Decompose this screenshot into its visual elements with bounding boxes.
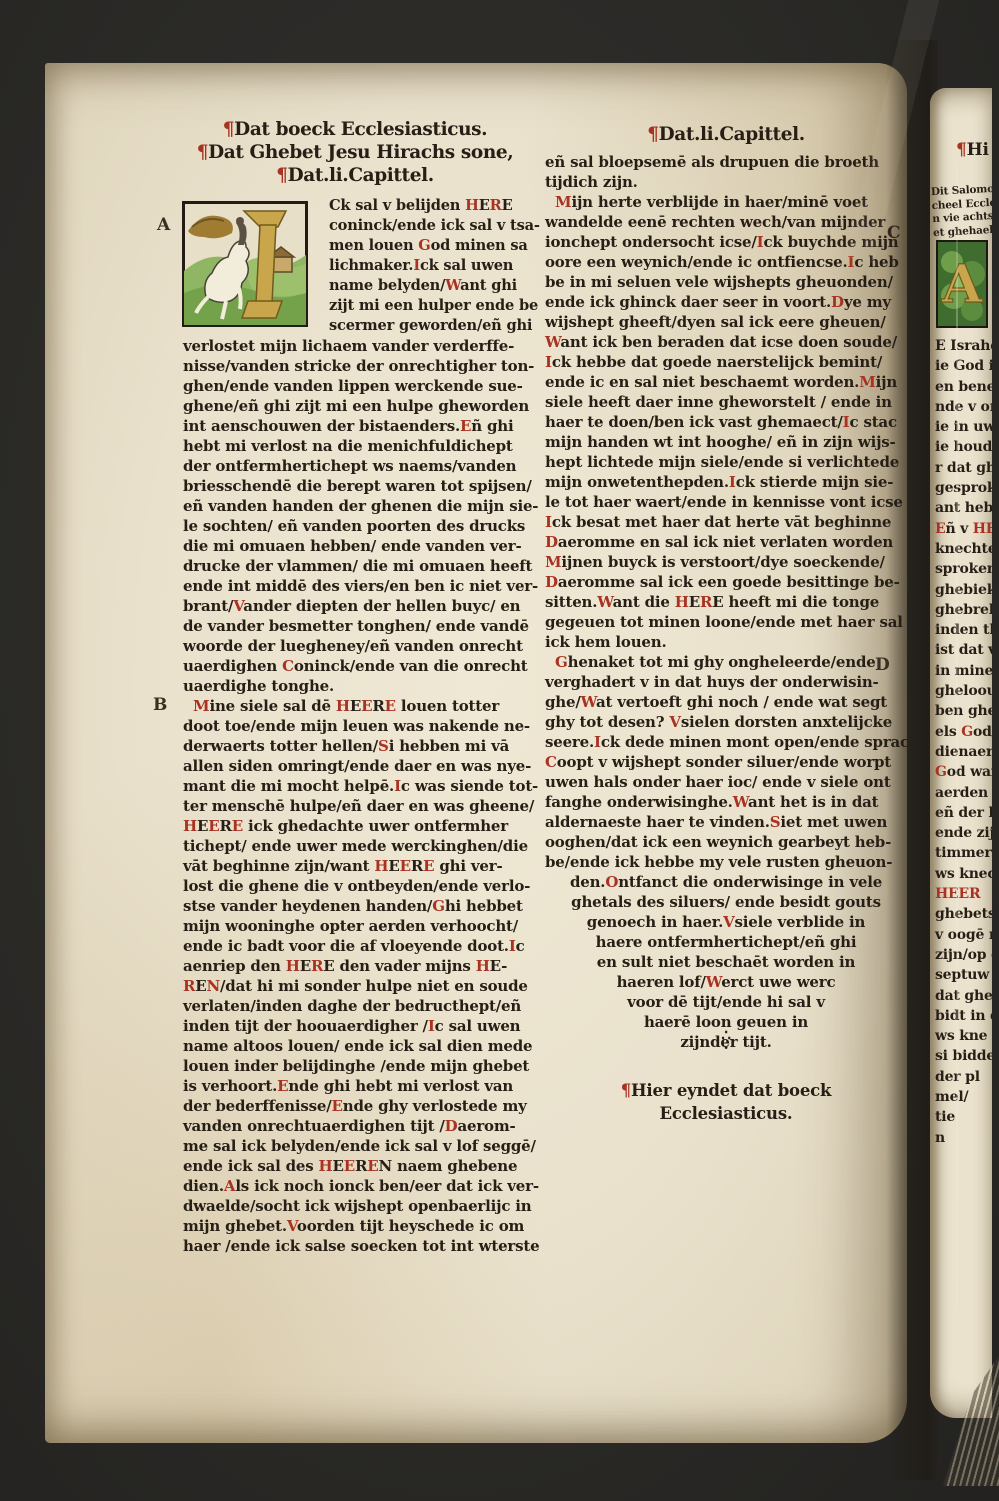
text-line: dwaelde/socht ick wijshept openbaerlijc … (183, 1196, 551, 1216)
text-line: vāt beghinne zijn/want HEERE ghi ver- (183, 856, 551, 876)
text-line: bidt in d (935, 1006, 992, 1026)
text-line: voor dē tijt/ende hi sal v (545, 992, 907, 1012)
text-line: ghebets (935, 904, 992, 924)
decorative-initial-A-woodcut: A (936, 240, 988, 328)
margin-letter-a: A (157, 215, 170, 235)
text-line: gegeuen tot minen loone/ende met haer sa… (545, 612, 907, 632)
text-line: ghetals des siluers/ ende besidt gouts (545, 892, 907, 912)
text-line: ie houdet (935, 437, 992, 457)
text-line: lichmaker.Ick sal uwen (329, 256, 553, 276)
text-line: Coopt v wijshept sonder siluer/ende worp… (545, 752, 907, 772)
text-line: mijn wooninghe opter aerden verhoocht/ (183, 916, 551, 936)
right-column-text: eñ sal bloepsemē als drupuen die broetht… (545, 152, 907, 1052)
text-line: scermer geworden/eñ ghi (329, 316, 553, 336)
text-line: drucke der vlammen/ die mi omuaen heeft (183, 556, 551, 576)
text-line: le sochten/ eñ vanden poorten des drucks (183, 516, 551, 536)
foliage-initial-illustration: A (936, 240, 988, 328)
text-line: Eñ v HE (935, 519, 992, 539)
sliver-header-fragment: ¶Hi (956, 140, 989, 160)
text-line: God war (935, 762, 992, 782)
text-line: verlostet mijn lichaem vander verderffe- (183, 336, 551, 356)
text-line: eñ vanden handen der ghenen die mijn sie… (183, 496, 551, 516)
text-line: woorde der luegheney/eñ vanden onrecht (183, 636, 551, 656)
text-line: uwen hals onder haer ioc/ ende v siele o… (545, 772, 907, 792)
text-line: ende ick ghinck daer seer in voort.Dye m… (545, 292, 907, 312)
text-line: inden tijt der hoouaerdigher /Ic sal uwe… (183, 1016, 551, 1036)
text-line: r dat ghi l (935, 458, 992, 478)
text-line: uaerdighen Coninck/ende van die onrecht (183, 656, 551, 676)
text-line: ws knec (935, 864, 992, 884)
sliver-chapter-argument: Dit Salomocheel Ecclesian vie achtsteet … (931, 182, 992, 240)
text-line: HEER (935, 884, 992, 904)
text-line: der pl (935, 1067, 992, 1087)
text-line: mant die mi mocht helpē.Ic was siende to… (183, 776, 551, 796)
text-line: aldernaeste haer te vinden.Siet met uwen (545, 812, 907, 832)
text-line: ghelooui (935, 681, 992, 701)
text-line: ende ic badt voor die af vloeyende doot.… (183, 936, 551, 956)
text-line: ick hem louen. (545, 632, 907, 652)
text-line: genoech in haer.Vsiele verblide in (545, 912, 907, 932)
text-line: ws kne (935, 1026, 992, 1046)
text-line: zijn/op d (935, 945, 992, 965)
text-line: le tot haer waert/ende in kennisse vont … (545, 492, 907, 512)
text-line: dat ghe (935, 986, 992, 1006)
text-line: tijdich zijn. (545, 172, 907, 192)
text-line: Ck sal v belijden HERE (329, 196, 553, 216)
text-line: Mine siele sal dē HEERE louen totter (183, 696, 551, 716)
text-line: mijn ghebet.Voorden tijt heyschede ic om (183, 1216, 551, 1236)
book-end-colophon: ¶Hier eyndet dat boeckEcclesiasticus. (545, 1079, 907, 1125)
text-line: nisse/vanden stricke der onrechtigher to… (183, 356, 551, 376)
text-line: hebt mi verlost na die menichfuldichept (183, 436, 551, 456)
text-line: REN/dat hi mi sonder hulpe niet en soude (183, 976, 551, 996)
book-right-page-sliver: ¶Hi Dit Salomocheel Ecclesian vie achtst… (930, 88, 992, 1418)
text-line: septuw (935, 965, 992, 985)
text-line: uaerdighe tonghe. (183, 676, 551, 696)
text-line: hept lichtede mijn siele/ende si verlich… (545, 452, 907, 472)
text-line: els God/i (935, 722, 992, 742)
text-line: ¶Dat Ghebet Jesu Hirachs sone, (145, 141, 565, 164)
text-line: en benedet (935, 377, 992, 397)
text-line: ie in uwē e (935, 417, 992, 437)
text-line: ende zijn (935, 823, 992, 843)
text-line: stse vander heydenen handen/Ghi hebbet (183, 896, 551, 916)
text-line: E Israhe (935, 336, 992, 356)
text-line: Want ick ben beraden dat icse doen soude… (545, 332, 907, 352)
text-line: be/ende ick hebbe my vele rusten gheuon- (545, 852, 907, 872)
text-line: haer te doen/ben ick vast ghemaect/Ic st… (545, 412, 907, 432)
text-line: men louen God minen sa (329, 236, 553, 256)
text-line: mel/ (935, 1087, 992, 1107)
text-line: briesschendē die berept waren tot spijse… (183, 476, 551, 496)
text-line: name belyden/Want ghi (329, 276, 553, 296)
text-line: be in mi seluen vele wijshepts gheuonden… (545, 272, 907, 292)
text-line: ghebieke (935, 580, 992, 600)
text-line: v oogē n (935, 925, 992, 945)
text-line: inden thro (935, 620, 992, 640)
text-line: tie (935, 1107, 992, 1127)
text-line: mijn handen wt int hooghe/ eñ in zijn wi… (545, 432, 907, 452)
text-line: ooghen/dat ick een weynich gearbeyt heb- (545, 832, 907, 852)
text-line: ¶Dat boeck Ecclesiasticus. (145, 118, 565, 141)
margin-letter-b: B (153, 695, 167, 715)
text-line: ¶Hier eyndet dat boeck (545, 1079, 907, 1102)
text-line: ghy tot desen? Vsielen dorsten anxtelijc… (545, 712, 907, 732)
text-line: siele heeft daer inne gheworstelt / ende… (545, 392, 907, 412)
text-line: si bidde (935, 1046, 992, 1066)
text-line: ende ic en sal niet beschaemt worden.Mij… (545, 372, 907, 392)
printers-ornament: ∴· (545, 1029, 907, 1055)
text-line: aerden h (935, 783, 992, 803)
book-left-page: ¶Dat boeck Ecclesiasticus.¶Dat Ghebet Je… (45, 63, 907, 1443)
text-line: timmert (935, 843, 992, 863)
text-line: haer /ende ick salse soecken tot int wte… (183, 1236, 551, 1256)
text-line: Ick besat met haer dat herte vāt beghinn… (545, 512, 907, 532)
text-line: verghadert v in dat huys der onderwisin- (545, 672, 907, 692)
text-line: sproken he (935, 559, 992, 579)
text-line: int aenschouwen der bistaenders.Eñ ghi (183, 416, 551, 436)
page-edge-highlight (956, 88, 958, 1428)
left-column-text-beside-initial: Ck sal v belijden HEREconinck/ende ick s… (329, 196, 553, 336)
text-line: eñ der he (935, 803, 992, 823)
text-line: de vander besmetter tonghen/ ende vandē (183, 616, 551, 636)
text-line: vanden onrechtuaerdighen tijt /Daerom- (183, 1116, 551, 1136)
left-column-text: verlostet mijn lichaem vander verderffe-… (183, 336, 551, 1256)
text-line: HEERE ick ghedachte uwer ontfermher (183, 816, 551, 836)
text-line: ben ghew (935, 701, 992, 721)
text-line: · (545, 1042, 907, 1055)
text-line: ¶Hi (956, 140, 989, 160)
text-line: eñ sal bloepsemē als drupuen die broeth (545, 152, 907, 172)
text-line: mijn onwetenthepden.Ick stierde mijn sie… (545, 472, 907, 492)
text-line: der ontfermhertichept ws naems/vanden (183, 456, 551, 476)
text-line: Daeromme en sal ick niet verlaten worden (545, 532, 907, 552)
text-line: ¶Dat.li.Capittel. (145, 164, 565, 187)
text-line: ¶Dat.li.Capittel. (545, 123, 907, 146)
text-line: me sal ick belyden/ende ick sal v lof se… (183, 1136, 551, 1156)
text-line: ende int middē des viers/en ben ic niet … (183, 576, 551, 596)
text-line: allen siden omringt/ende daer en was nye… (183, 756, 551, 776)
text-line: Ick hebbe dat goede naerstelijck bemint/ (545, 352, 907, 372)
text-line: derwaerts totter hellen/Si hebben mi vā (183, 736, 551, 756)
text-line: gesproken (935, 478, 992, 498)
text-line: verlaten/inden daghe der bedructhept/eñ (183, 996, 551, 1016)
text-line: lost die ghene die v ontbeyden/ende verl… (183, 876, 551, 896)
text-line: doot toe/ende mijn leuen was nakende ne- (183, 716, 551, 736)
text-line: ghe/Wat vertoeft ghi noch / ende wat seg… (545, 692, 907, 712)
text-line: ter menschē hulpe/eñ daer en was gheene/ (183, 796, 551, 816)
text-line: Ecclesiasticus. (545, 1102, 907, 1125)
text-line: Mijn herte verblijde in haer/minē voet (545, 192, 907, 212)
text-line: is verhoort.Ende ghi hebt mi verlost van (183, 1076, 551, 1096)
text-line: brant/Vander diepten der hellen buyc/ en (183, 596, 551, 616)
text-line: tichept/ ende uwer mede werckinghen/die (183, 836, 551, 856)
text-line: fanghe onderwisinghe.Want het is in dat (545, 792, 907, 812)
text-line: Ghenaket tot mi ghy ongheleerde/ende (545, 652, 907, 672)
sliver-text-fragments: E Israheie God inden benedetnde v ontie … (935, 336, 992, 1148)
decorative-initial-I-woodcut: I (182, 201, 308, 327)
text-line: dien.Als ick noch ionck ben/eer dat ick … (183, 1176, 551, 1196)
svg-text:A: A (941, 254, 983, 315)
text-line: den.Ontfanct die onderwisinge in vele (545, 872, 907, 892)
text-line: ende ick sal des HEEREN naem ghebene (183, 1156, 551, 1176)
text-line: ghebreke (935, 600, 992, 620)
text-line: der bederffenisse/Ende ghy verlostede my (183, 1096, 551, 1116)
text-line: seere.Ick dede minen mont open/ende spra… (545, 732, 907, 752)
text-line: coninck/ende ick sal v tsa- (329, 216, 553, 236)
text-line: aenriep den HERE den vader mijns HE- (183, 956, 551, 976)
text-line: wijshept gheeft/dyen sal ick eere gheuen… (545, 312, 907, 332)
left-column-headers: ¶Dat boeck Ecclesiasticus.¶Dat Ghebet Je… (145, 118, 565, 187)
text-line: ghene/eñ ghi zijt mi een hulpe gheworden (183, 396, 551, 416)
text-line: in minen g (935, 661, 992, 681)
text-line: ist dat v ki (935, 640, 992, 660)
text-line: louen inder belijdinghe /ende mijn ghebe… (183, 1056, 551, 1076)
text-line: haere ontfermhertichept/eñ ghi (545, 932, 907, 952)
text-line: knechte D (935, 539, 992, 559)
text-line: haeren lof/Werct uwe werc (545, 972, 907, 992)
right-column-header: ¶Dat.li.Capittel. (545, 123, 907, 146)
knight-on-horseback-illustration: I (182, 201, 308, 327)
text-line: sitten.Want die HERE heeft mi die tonge (545, 592, 907, 612)
text-line: name altoos louen/ ende ick sal dien med… (183, 1036, 551, 1056)
text-line: en sult niet beschaēt worden in (545, 952, 907, 972)
text-line: ant hebt g (935, 498, 992, 518)
text-line: ghen/ende vanden lippen werckende sue- (183, 376, 551, 396)
text-line: die mi omuaen hebben/ ende vanden ver- (183, 536, 551, 556)
text-line: zijt mi een hulper ende be (329, 296, 553, 316)
text-line: Mijnen buyck is verstoort/dye soeckende/ (545, 552, 907, 572)
text-line: Daeromme sal ick een goede besittinge be… (545, 572, 907, 592)
photograph-backdrop: { "book": { "left_page": { "margin_lette… (0, 0, 999, 1501)
text-line: dienaere (935, 742, 992, 762)
text-line: ie God ind (935, 356, 992, 376)
text-line: nde v ont (935, 397, 992, 417)
text-line: n (935, 1128, 992, 1148)
